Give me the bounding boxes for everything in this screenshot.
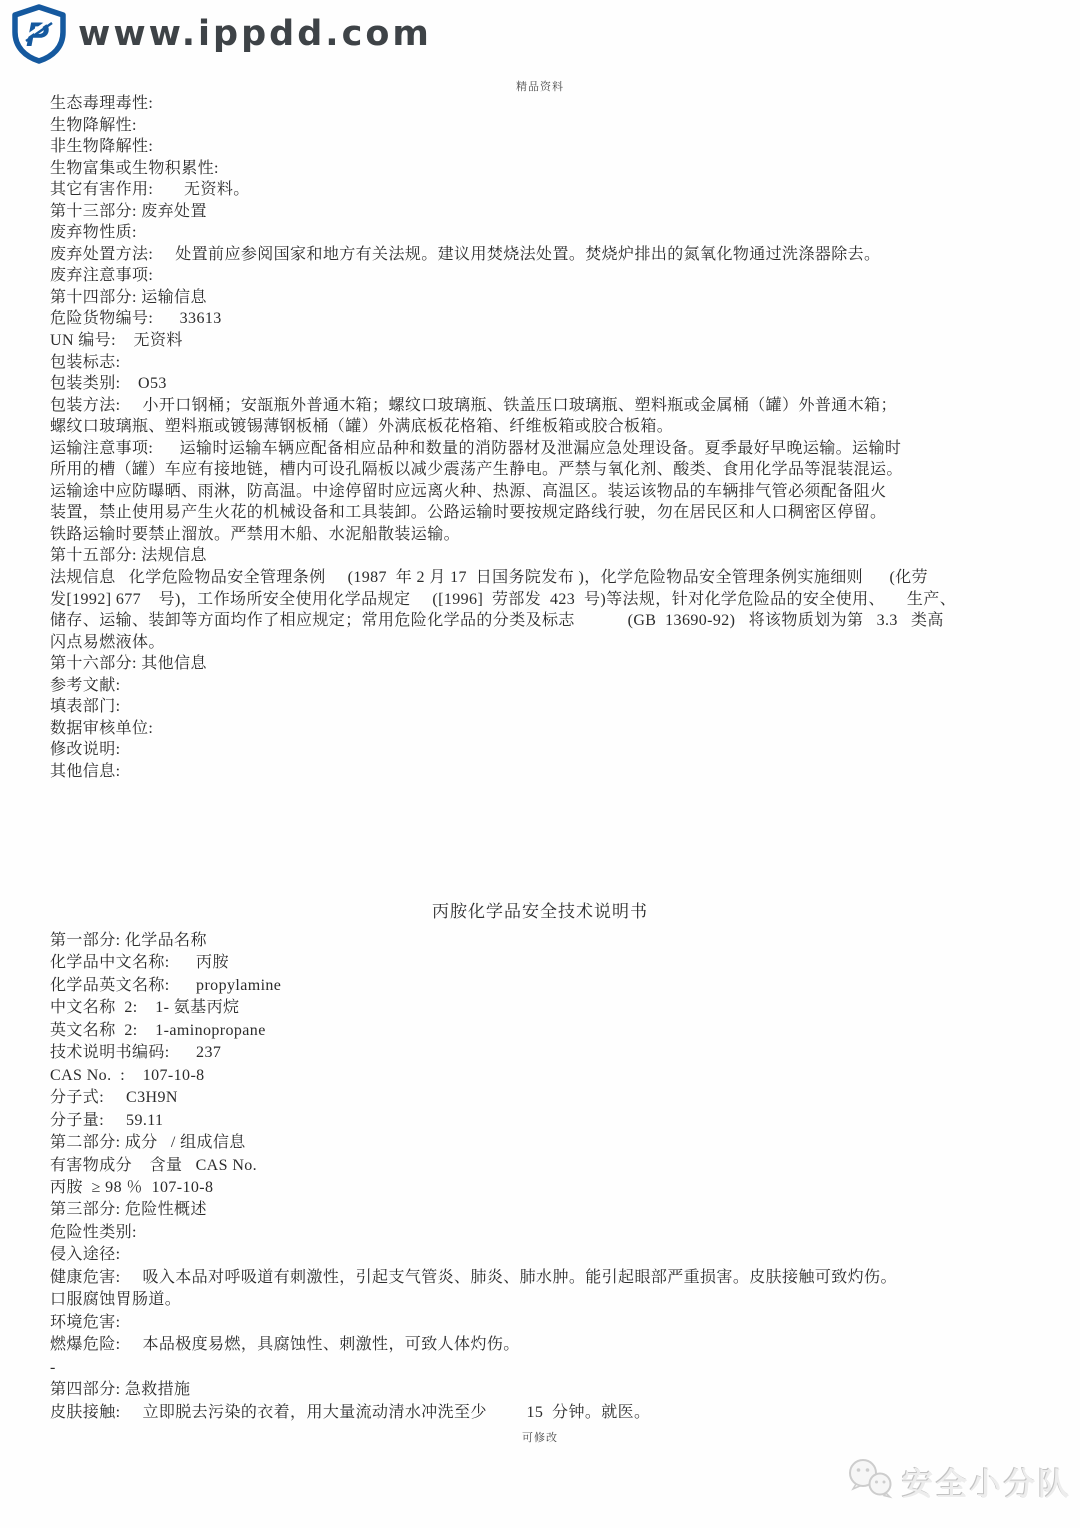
doc-line: 第十三部分: 废弃处置 (50, 201, 1030, 223)
doc-line: 第四部分: 急救措施 (50, 1379, 1030, 1401)
doc-line: 数据审核单位: (50, 718, 1030, 740)
doc-line: 其它有害作用: 无资料。 (50, 179, 1030, 201)
doc-line: 皮肤接触: 立即脱去污染的衣着，用大量流动清水冲洗至少 15 分钟。就医。 (50, 1402, 1030, 1424)
doc-line: 包装类别: O53 (50, 373, 1030, 395)
doc-line: CAS No. : 107-10-8 (50, 1065, 1030, 1087)
doc-line: 参考文献: (50, 675, 1030, 697)
doc-line: 燃爆危险: 本品极度易燃，具腐蚀性、刺激性，可致人体灼伤。 (50, 1334, 1030, 1356)
site-url-text[interactable]: www.ippdd.com (78, 4, 432, 64)
doc-line: 侵入途径: (50, 1244, 1030, 1266)
top-note-label: 精品资料 (0, 78, 1080, 94)
doc-line: 运输注意事项: 运输时运输车辆应配备相应品种和数量的消防器材及泄漏应急处理设备。… (50, 438, 1030, 460)
doc-line: 包装方法: 小开口钢桶；安瓿瓶外普通木箱；螺纹口玻璃瓶、铁盖压口玻璃瓶、塑料瓶或… (50, 395, 1030, 417)
doc-line: 环境危害: (50, 1312, 1030, 1334)
doc-line: 英文名称 2: 1-aminopropane (50, 1020, 1030, 1042)
document-page: P www.ippdd.com 精品资料 生态毒理毒性:生物降解性:非生物降解性… (0, 0, 1080, 1528)
doc-line: 储存、运输、装卸等方面均作了相应规定；常用危险化学品的分类及标志 (GB 136… (50, 610, 1030, 632)
doc-line: 修改说明: (50, 739, 1030, 761)
doc-line: 废弃物性质: (50, 222, 1030, 244)
doc-line: 健康危害: 吸入本品对呼吸道有刺激性，引起支气管炎、肺炎、肺水肿。能引起眼部严重… (50, 1267, 1030, 1289)
doc-line: 废弃处置方法: 处置前应参阅国家和地方有关法规。建议用焚烧法处置。焚烧炉排出的氮… (50, 244, 1030, 266)
doc-line: 填表部门: (50, 696, 1030, 718)
doc-line: 有害物成分 含量 CAS No. (50, 1155, 1030, 1177)
doc-line: 口服腐蚀胃肠道。 (50, 1289, 1030, 1311)
doc-line: 第十五部分: 法规信息 (50, 545, 1030, 567)
doc-line: 铁路运输时要禁止溜放。严禁用木船、水泥船散装运输。 (50, 524, 1030, 546)
doc-line: 生态毒理毒性: (50, 93, 1030, 115)
doc-line: UN 编号: 无资料 (50, 330, 1030, 352)
doc-line: 生物降解性: (50, 115, 1030, 137)
doc-line: 分子式: C3H9N (50, 1087, 1030, 1109)
shield-logo-icon[interactable]: P (10, 4, 68, 64)
site-header: P www.ippdd.com (10, 4, 432, 64)
watermark: 安全小分队 (846, 1458, 1072, 1505)
doc-line: 第十六部分: 其他信息 (50, 653, 1030, 675)
doc-line: 所用的槽（罐）车应有接地链，槽内可设孔隔板以减少震荡产生静电。严禁与氧化剂、酸类… (50, 459, 1030, 481)
doc-line: 化学品中文名称: 丙胺 (50, 952, 1030, 974)
doc-line: 第十四部分: 运输信息 (50, 287, 1030, 309)
doc-line: - (50, 1357, 1030, 1379)
doc-line: 装置，禁止使用易产生火花的机械设备和工具装卸。公路运输时要按规定路线行驶，勿在居… (50, 502, 1030, 524)
msds-sections-13-16: 生态毒理毒性:生物降解性:非生物降解性:生物富集或生物积累性:其它有害作用: 无… (50, 93, 1030, 783)
doc-line: 危险货物编号: 33613 (50, 308, 1030, 330)
doc-line: 非生物降解性: (50, 136, 1030, 158)
doc-line: 包装标志: (50, 352, 1030, 374)
doc-line: 发[1992] 677 号)，工作场所安全使用化学品规定 ([1996] 劳部发… (50, 589, 1030, 611)
doc-line: 其他信息: (50, 761, 1030, 783)
doc-line: 危险性类别: (50, 1222, 1030, 1244)
doc-line: 螺纹口玻璃瓶、塑料瓶或镀锡薄钢板桶（罐）外满底板花格箱、纤维板箱或胶合板箱。 (50, 416, 1030, 438)
doc-line: 第三部分: 危险性概述 (50, 1199, 1030, 1221)
doc-line: 闪点易燃液体。 (50, 632, 1030, 654)
doc-line: 废弃注意事项: (50, 265, 1030, 287)
watermark-text: 安全小分队 (902, 1459, 1072, 1504)
doc-line: 丙胺 ≥ 98 ％ 107-10-8 (50, 1177, 1030, 1199)
doc-line: 技术说明书编码: 237 (50, 1042, 1030, 1064)
wechat-icon (846, 1458, 896, 1505)
msds-sections-1-4: 第一部分: 化学品名称化学品中文名称: 丙胺化学品英文名称: propylami… (50, 930, 1030, 1424)
doc-line: 化学品英文名称: propylamine (50, 975, 1030, 997)
doc-line: 运输途中应防曝晒、雨淋，防高温。中途停留时应远离火种、热源、高温区。装运该物品的… (50, 481, 1030, 503)
doc-line: 中文名称 2: 1- 氨基丙烷 (50, 997, 1030, 1019)
doc-title: 丙胺化学品安全技术说明书 (0, 897, 1080, 922)
doc-line: 生物富集或生物积累性: (50, 158, 1030, 180)
doc-line: 分子量: 59.11 (50, 1110, 1030, 1132)
doc-line: 法规信息 化学危险物品安全管理条例 (1987 年 2 月 17 日国务院发布 … (50, 567, 1030, 589)
doc-line: 第二部分: 成分 / 组成信息 (50, 1132, 1030, 1154)
bottom-note-label: 可修改 (0, 1429, 1080, 1445)
doc-line: 第一部分: 化学品名称 (50, 930, 1030, 952)
